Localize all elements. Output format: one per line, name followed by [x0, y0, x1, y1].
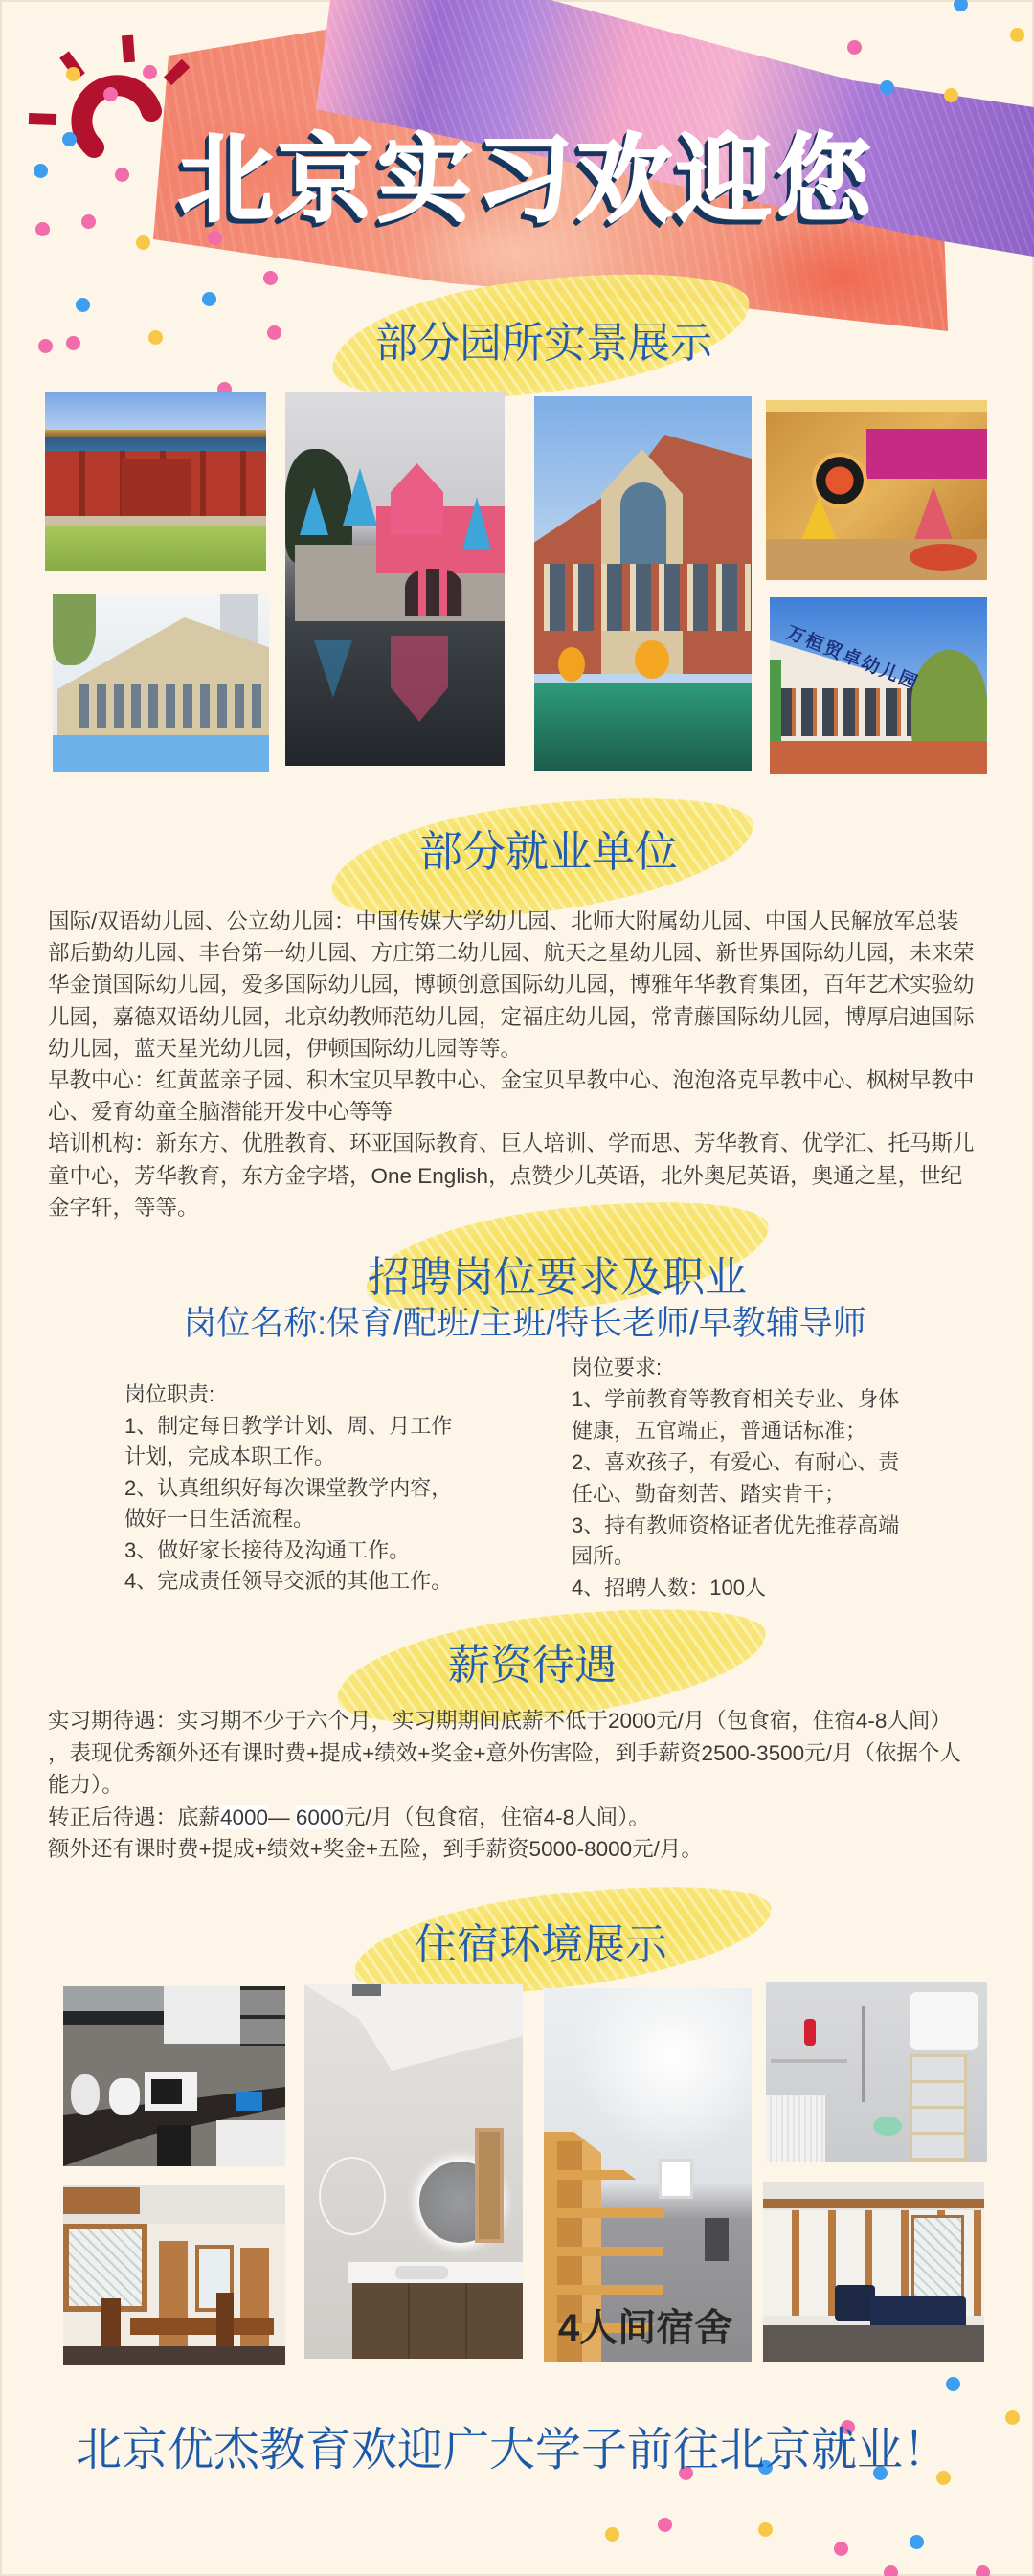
salary-dash: —: [268, 1805, 296, 1829]
dot-decoration: [758, 2522, 773, 2537]
duties-line: 3、做好家长接待及沟通工作。: [124, 1535, 452, 1567]
dot-decoration: [954, 0, 968, 11]
duties-line: 做好一日生活流程。: [124, 1504, 452, 1535]
section-title-accommodation: 住宿环境展示: [415, 1921, 667, 1969]
employers-line: 培训机构：新东方、优胜教育、环亚国际教育、巨人培训、学而思、芳华教育、优学汇、托…: [48, 1128, 975, 1159]
employers-line: 童中心，芳华教育，东方金字塔，One English，点赞少儿英语，北外奥尼英语…: [48, 1160, 975, 1192]
footer-slogan: 北京优杰教育欢迎广大学子前往北京就业！: [76, 2424, 949, 2477]
salary-line: 实习期待遇：实习期不少于六个月，实习期期间底薪不低于2000元/月（包食宿，住宿…: [48, 1705, 961, 1737]
photo-dorm-bunk-beds: 4人间宿舍: [544, 1988, 752, 2362]
photo-castle-kindergarten: [285, 392, 505, 766]
salary-details: 实习期待遇：实习期不少于六个月，实习期期间底薪不低于2000元/月（包食宿，住宿…: [48, 1705, 961, 1866]
salary-regular-suffix: 元/月（包食宿，住宿4-8人间）。: [344, 1805, 650, 1829]
dot-decoration: [35, 222, 50, 236]
duties-line: 计划，完成本职工作。: [124, 1442, 452, 1473]
dot-decoration: [66, 336, 80, 350]
employers-line: 幼儿园，蓝天星光幼儿园，伊顿国际幼儿园等等。: [48, 1033, 975, 1064]
section-title-campus: 部分园所实景展示: [375, 320, 712, 368]
photo-bathroom: [304, 1984, 523, 2359]
dot-decoration: [34, 164, 48, 178]
photo-shower-laundry: [766, 1982, 987, 2162]
photo-beige-building: [53, 594, 269, 772]
requirements-line: 2、喜欢孩子，有爱心、有耐心、责: [572, 1447, 899, 1479]
duties-line: 2、认真组织好每次课堂教学内容，: [124, 1473, 452, 1505]
requirements-line: 园所。: [572, 1541, 899, 1573]
requirements-line: 健康，五官端正，普通话标准；: [572, 1416, 899, 1447]
requirements-heading: 岗位要求:: [572, 1353, 899, 1384]
salary-line: 能力）。: [48, 1769, 961, 1802]
employers-line: 金字轩，等等。: [48, 1192, 975, 1223]
dot-decoration: [910, 2535, 924, 2549]
salary-regular-line: 转正后待遇：底薪4000— 6000元/月（包食宿，住宿4-8人间）。: [48, 1802, 961, 1834]
dot-decoration: [66, 67, 80, 81]
requirements-line: 1、学前教育等教育相关专业、身体: [572, 1384, 899, 1416]
photo-dining-room: [63, 2185, 285, 2365]
dot-decoration: [38, 339, 53, 353]
salary-line: ，表现优秀额外还有课时费+提成+绩效+奖金+意外伤害险，到手薪资2500-350…: [48, 1737, 961, 1770]
dot-decoration: [884, 2565, 898, 2576]
dot-decoration: [76, 298, 90, 312]
photo-kitchen: [63, 1986, 285, 2166]
photo-living-room: [763, 2182, 984, 2362]
recruitment-poster: 北京实习欢迎您 部分园所实景展示: [0, 0, 1034, 2576]
dot-decoration: [880, 80, 894, 95]
requirements-line: 任心、勤奋刻苦、踏实肯干；: [572, 1479, 899, 1511]
dot-decoration: [115, 168, 129, 182]
duties-line: 1、制定每日教学计划、周、月工作: [124, 1411, 452, 1443]
dot-decoration: [103, 87, 118, 101]
duties-line: 4、完成责任领导交派的其他工作。: [124, 1566, 452, 1598]
dot-decoration: [263, 271, 278, 285]
dot-decoration: [658, 2518, 672, 2532]
dot-decoration: [834, 2542, 848, 2556]
photo-palace-gate: [45, 392, 266, 571]
dot-decoration: [944, 88, 958, 102]
duties-heading: 岗位职责:: [124, 1379, 452, 1411]
salary-regular-prefix: 转正后待遇：底薪: [48, 1805, 220, 1829]
employers-line: 华金嵿国际幼儿园，爱多国际幼儿园，博顿创意国际幼儿园，博雅年华教育集团，百年艺术…: [48, 969, 975, 1000]
requirements-line: 4、招聘人数：100人: [572, 1573, 899, 1604]
dot-decoration: [976, 2565, 990, 2576]
section-title-salary: 薪资待遇: [448, 1642, 617, 1690]
photo-kindergarten-sign: 万桓贸卓幼儿园: [770, 597, 987, 774]
section-title-employers: 部分就业单位: [419, 828, 678, 876]
dot-decoration: [1010, 28, 1024, 42]
poster-title: 北京实习欢迎您: [178, 124, 875, 235]
employers-line: 国际/双语幼儿园、公立幼儿园：中国传媒大学幼儿园、北师大附属幼儿园、中国人民解放…: [48, 906, 975, 937]
dot-decoration: [81, 214, 96, 229]
job-requirements: 岗位要求: 1、学前教育等教育相关专业、身体 健康，五官端正，普通话标准； 2、…: [572, 1353, 899, 1604]
position-names: 岗位名称:保育/配班/主班/特长老师/早教辅导师: [183, 1304, 866, 1344]
dot-decoration: [136, 235, 150, 250]
dorm-caption: 4人间宿舍: [558, 2307, 732, 2349]
salary-line: 额外还有课时费+提成+绩效+奖金+五险，到手薪资5000-8000元/月。: [48, 1833, 961, 1866]
dot-decoration: [946, 2377, 960, 2391]
job-duties: 岗位职责: 1、制定每日教学计划、周、月工作 计划，完成本职工作。 2、认真组织…: [124, 1379, 452, 1598]
dot-decoration: [605, 2527, 619, 2542]
employers-line: 早教中心：红黄蓝亲子园、积木宝贝早教中心、金宝贝早教中心、泡泡洛克早教中心、枫树…: [48, 1064, 975, 1096]
employers-list: 国际/双语幼儿园、公立幼儿园：中国传媒大学幼儿园、北师大附属幼儿园、中国人民解放…: [48, 906, 975, 1223]
salary-min: 4000: [220, 1805, 268, 1829]
requirements-line: 3、持有教师资格证者优先推荐高端: [572, 1511, 899, 1542]
employers-line: 儿园，嘉德双语幼儿园，北京幼教师范幼儿园，定福庄幼儿园，常青藤国际幼儿园，博厚启…: [48, 1001, 975, 1033]
employers-line: 心、爱育幼童全脑潜能开发中心等等: [48, 1096, 975, 1128]
dot-decoration: [267, 325, 281, 340]
section-title-recruitment: 招聘岗位要求及职业: [368, 1254, 747, 1302]
dot-decoration: [62, 132, 77, 146]
dot-decoration: [1005, 2410, 1020, 2425]
dot-decoration: [148, 330, 163, 345]
employers-line: 部后勤幼儿园、丰台第一幼儿园、方庄第二幼儿园、航天之星幼儿园、新世界国际幼儿园，…: [48, 937, 975, 969]
dot-decoration: [202, 292, 216, 306]
dot-decoration: [847, 40, 862, 55]
salary-max: 6000: [296, 1805, 344, 1829]
dot-decoration: [143, 65, 157, 79]
photo-european-building: [534, 396, 752, 771]
photo-classroom-interior: [766, 400, 987, 580]
